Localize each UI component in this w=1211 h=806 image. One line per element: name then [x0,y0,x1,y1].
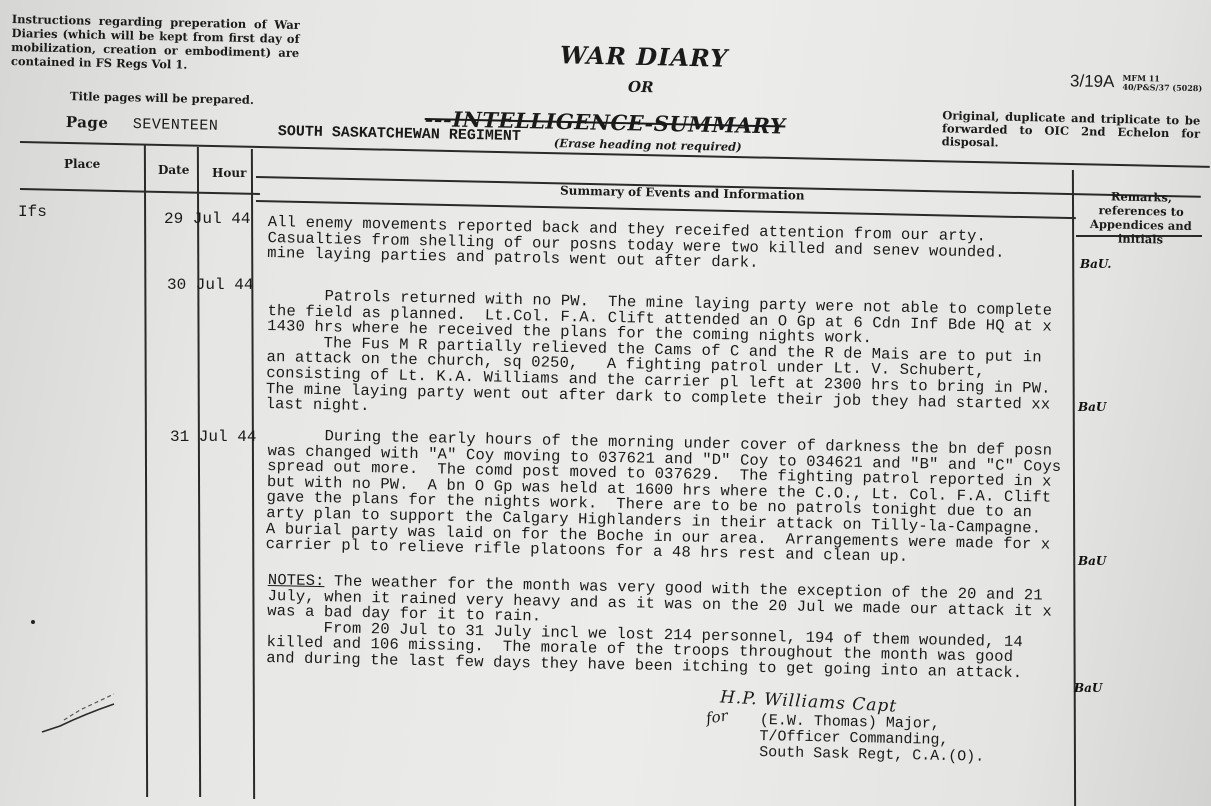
column-header-hour: Hour [212,166,246,180]
form-code: 3/19A MFM 11 40/P&S/37 (5028) [1070,71,1203,94]
signature-block: (E.W. Thomas) Major, T/Officer Commandin… [759,713,985,766]
page-number: SEVENTEEN [133,116,219,135]
erase-heading-note: (Erase heading not required) [554,136,742,154]
forwarding-note: Original, duplicate and triplicate to be… [942,109,1201,153]
signature-for-mark: for [705,707,729,728]
entry-initials: BaU [1078,400,1106,414]
column-divider-date-hour [197,147,201,797]
title-pages-note: Title pages will be prepared. [70,89,254,107]
notes-initials: BaU [1074,681,1102,695]
document-title: WAR DIARY [560,40,729,73]
instructions-note: Instructions regarding preperation of Wa… [11,12,300,74]
column-divider-place-date [144,145,148,797]
notes-block: NOTES: The weather for the month was ver… [266,573,1052,682]
column-header-remarks: Remarks, references to Appendices and in… [1077,189,1204,248]
entry-date: 30 Jul 44 [167,276,253,294]
column-header-place: Place [64,157,100,171]
form-sub-code-2: 40/P&S/37 (5028) [1122,81,1202,92]
column-header-date: Date [158,163,189,177]
entry-text: All enemy movements reported back and th… [267,215,1005,277]
ink-dot [31,620,35,624]
entry-initials: BaU [1078,554,1106,568]
form-sub-code: MFM 11 40/P&S/37 (5028) [1122,73,1202,92]
entry-text: Patrols returned with no PW. The mine la… [265,288,1052,428]
title-or: OR [628,78,654,97]
entry-date: 29 Jul 44 [164,210,250,228]
column-divider-summary-remarks [1072,170,1076,806]
entry-date: 31 Jul 44 [170,428,256,446]
form-number: 3/19A [1070,71,1115,91]
page-label: Page [66,113,109,132]
pen-stroke-mark [40,690,120,740]
header-bottom-rule-left [20,188,260,195]
entry-text: During the early hours of the morning un… [265,428,1061,569]
column-divider-hour-summary [251,149,255,799]
notes-text: The weather for the month was very good … [266,572,1052,682]
entry-initials: BaU. [1080,257,1111,271]
place-cell: Ifs [18,203,47,221]
